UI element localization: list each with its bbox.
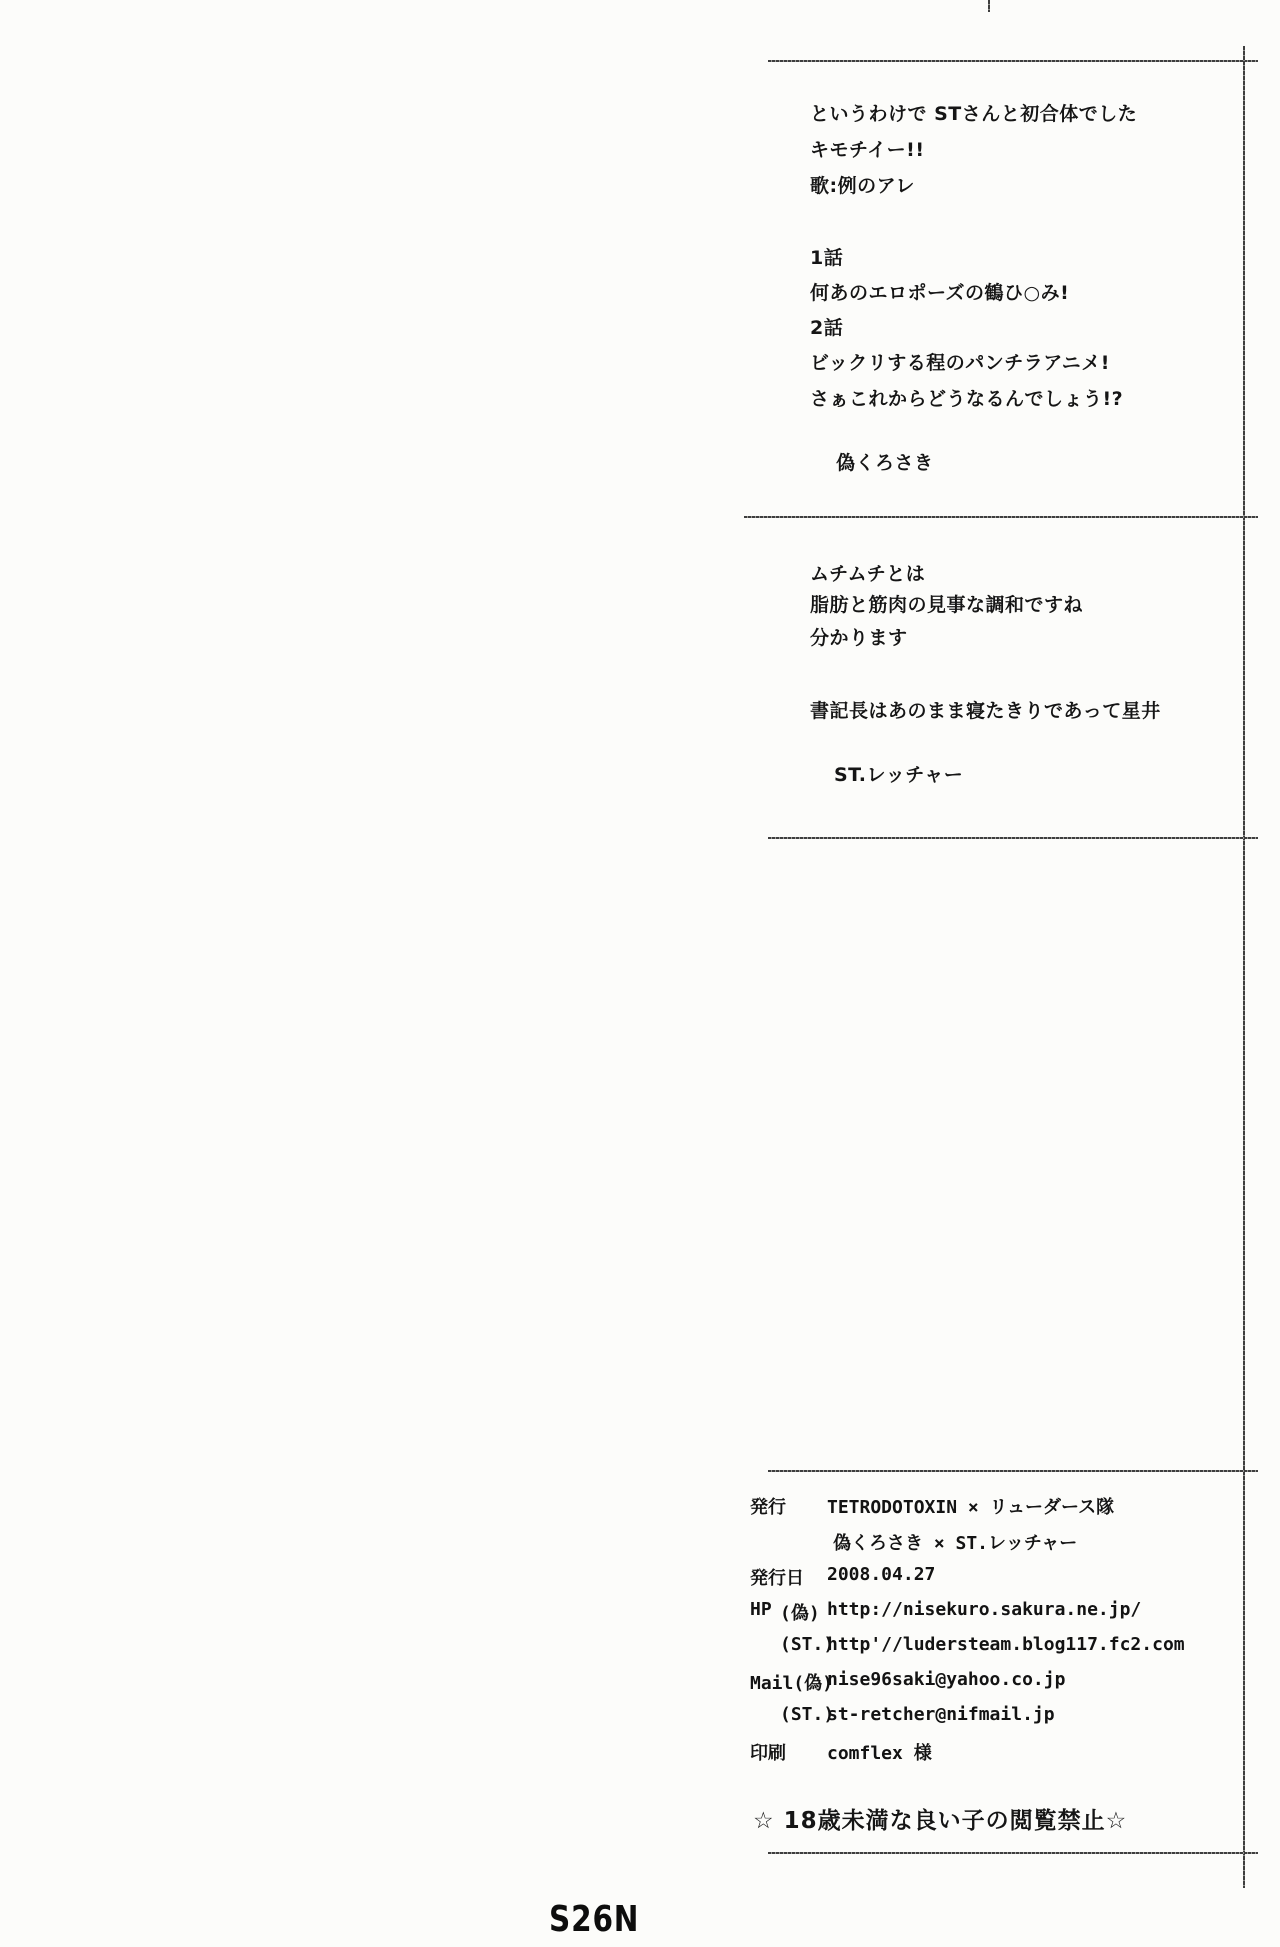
colophon-sublabel: (偽) <box>780 1599 820 1625</box>
colophon-label: HP <box>750 1599 772 1620</box>
divider-after-second-afterword <box>768 837 1258 839</box>
afterword1-line: キモチイー!! <box>810 139 925 162</box>
afterword1-line: というわけで STさんと初合体でした <box>810 103 1137 126</box>
afterword2-line: 分かります <box>810 627 908 650</box>
page-code: S26N <box>549 1899 639 1940</box>
colophon-value: 2008.04.27 <box>827 1564 935 1585</box>
colophon-email: st-retcher@nifmail.jp <box>827 1704 1055 1725</box>
age-warning: ☆ 18歳未満な良い子の閲覧禁止☆ <box>753 1802 1127 1835</box>
top-edge-tick-line <box>988 0 990 12</box>
colophon-url: http://nisekuro.sakura.ne.jp/ <box>827 1599 1141 1620</box>
colophon-label: Mail(偽) <box>750 1669 833 1695</box>
colophon-url: http'//ludersteam.blog117.fc2.com <box>827 1634 1185 1655</box>
afterword1-episode-label: 1話 <box>810 247 843 270</box>
colophon-label: 印刷 <box>750 1739 786 1765</box>
colophon-row-date: 発行日 2008.04.27 <box>750 1564 1270 1594</box>
colophon-row-printer: 印刷 comflex 様 <box>750 1739 1270 1769</box>
colophon-value: comflex 様 <box>827 1739 932 1765</box>
colophon-row-hp-st: (ST.) http'//ludersteam.blog117.fc2.com <box>750 1634 1270 1664</box>
afterword2-line: ムチムチとは <box>810 563 925 586</box>
divider-above-colophon <box>768 1470 1258 1472</box>
afterword1-line: 歌:例のアレ <box>810 175 915 198</box>
colophon-email: nise96saki@yahoo.co.jp <box>827 1669 1065 1690</box>
colophon-row-authors: 偽くろさき × ST.レッチャー <box>750 1529 1270 1559</box>
colophon-value: 偽くろさき × ST.レッチャー <box>833 1529 1077 1555</box>
colophon-row-mail-nise: Mail(偽) nise96saki@yahoo.co.jp <box>750 1669 1270 1699</box>
afterword2-line: 書記長はあのまま寝たきりであって星井 <box>810 700 1161 723</box>
colophon-row-hp-nise: HP (偽) http://nisekuro.sakura.ne.jp/ <box>750 1599 1270 1629</box>
divider-below-warning <box>768 1852 1258 1854</box>
divider-top <box>768 60 1258 62</box>
colophon-label: 発行日 <box>750 1564 804 1590</box>
afterword1-episode-label: 2話 <box>810 317 843 340</box>
colophon-row-publisher: 発行 TETRODOTOXIN × リューダース隊 <box>750 1493 1270 1523</box>
scanned-afterword-page: というわけで STさんと初合体でした キモチイー!! 歌:例のアレ 1話 何あの… <box>0 0 1280 1947</box>
afterword1-signature: 偽くろさき <box>836 452 934 475</box>
afterword2-signature: ST.レッチャー <box>834 764 963 787</box>
divider-after-first-afterword <box>744 516 1258 518</box>
colophon-label: 発行 <box>750 1493 786 1519</box>
afterword1-line: ビックリする程のパンチラアニメ! <box>810 352 1110 375</box>
colophon-row-mail-st: (ST.) st-retcher@nifmail.jp <box>750 1704 1270 1734</box>
afterword1-line: さぁこれからどうなるんでしょう!? <box>810 388 1123 411</box>
afterword1-line: 何あのエロポーズの鶴ひ○み! <box>810 282 1069 305</box>
afterword2-line: 脂肪と筋肉の見事な調和ですね <box>810 594 1083 617</box>
colophon-value: TETRODOTOXIN × リューダース隊 <box>827 1493 1114 1519</box>
